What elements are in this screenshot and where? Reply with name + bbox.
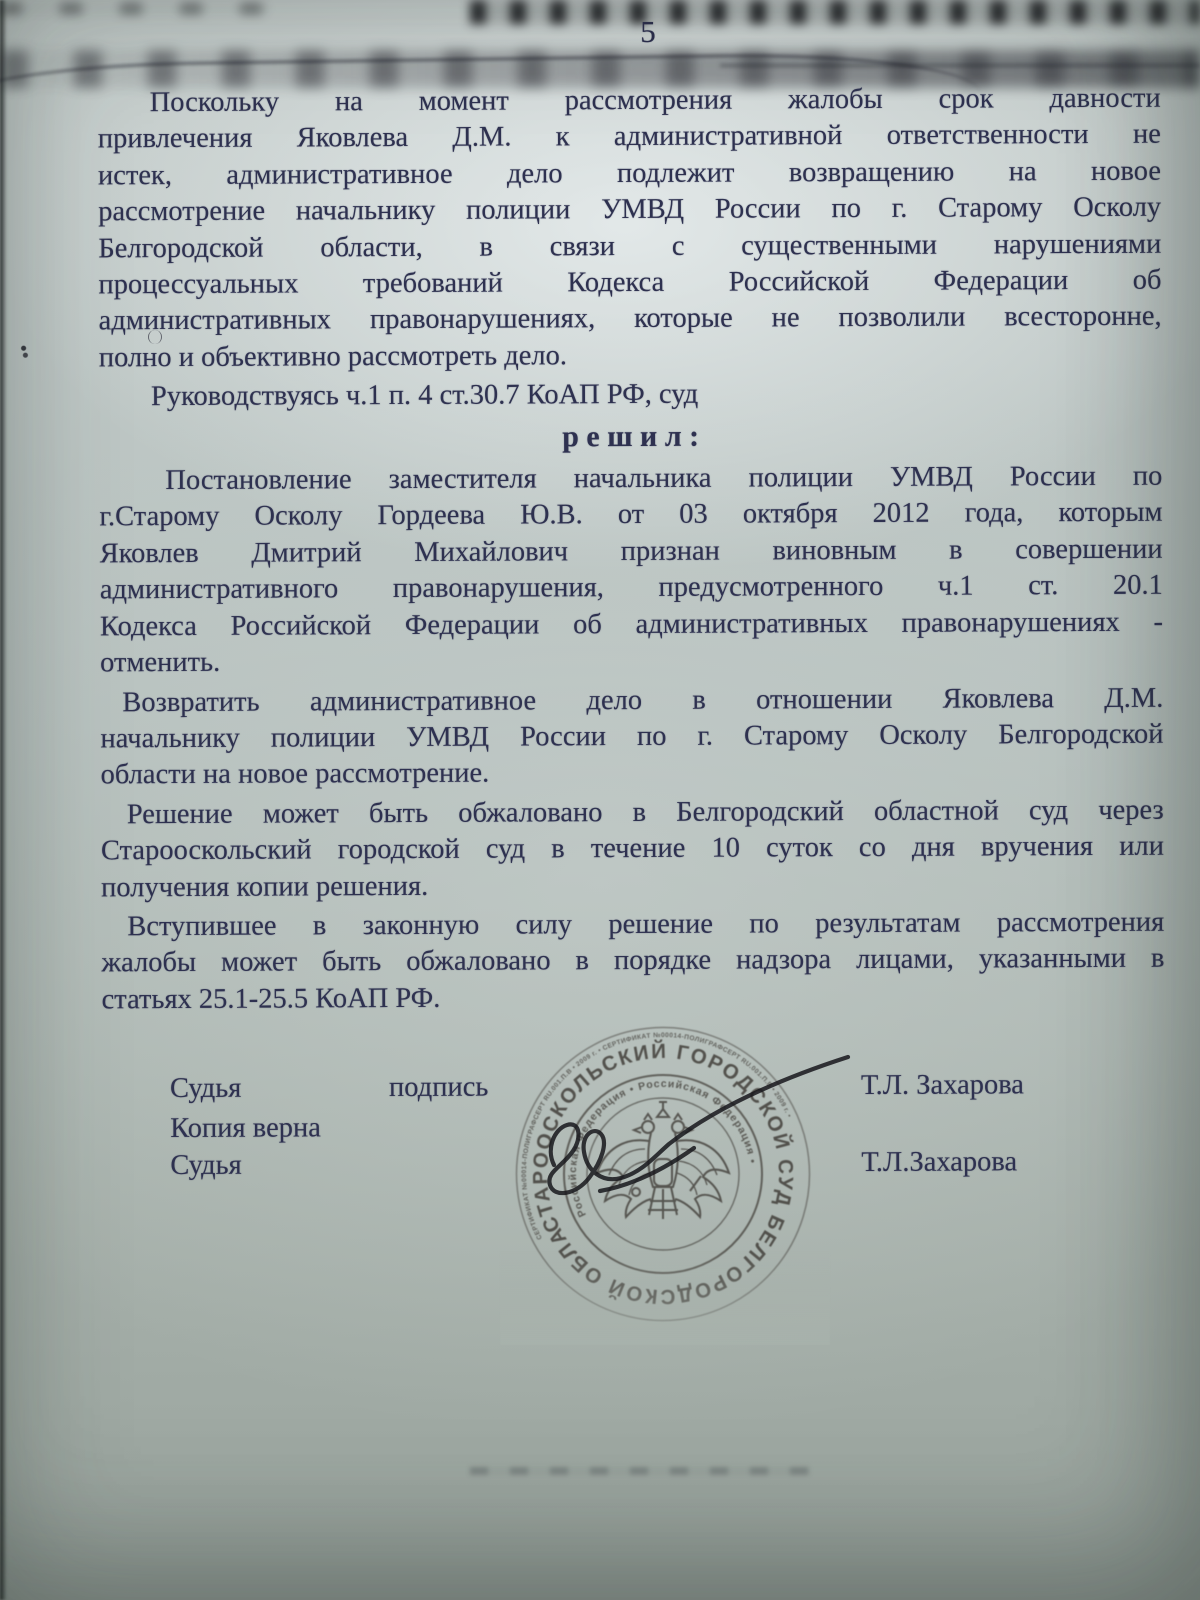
text-line: получения копии решения. xyxy=(101,865,1164,906)
signature-row: Копия верна xyxy=(102,1106,1165,1148)
signature-row: Судья Т.Л.Захарова xyxy=(102,1143,1165,1185)
text-line: начальнику полиции УМВД России по г. Ста… xyxy=(100,717,1163,758)
signature-block: Судья подпись Т.Л. Захарова Копия верна … xyxy=(102,1064,1165,1185)
document-content: Поскольку на момент рассмотрения жалобы … xyxy=(98,81,1166,1185)
scan-artifact-line-right xyxy=(720,64,1200,67)
judge-name: Т.Л. Захарова xyxy=(861,1064,1165,1107)
spacer xyxy=(389,1107,861,1146)
spacer xyxy=(861,1106,1165,1144)
document-body: Поскольку на момент рассмотрения жалобы … xyxy=(98,81,1165,1019)
text-line: Старооскольский городской суд в течение … xyxy=(101,829,1164,870)
judge-label: Судья xyxy=(102,1146,389,1184)
text-line: привлечения Яковлева Д.М. к администрати… xyxy=(98,117,1161,158)
signature-row: Судья подпись Т.Л. Захарова xyxy=(102,1064,1165,1111)
text-line: истек, административное дело подлежит во… xyxy=(98,153,1161,194)
copy-correct-label: Копия верна xyxy=(102,1109,389,1147)
text-line: области на новое рассмотрение. xyxy=(101,753,1164,794)
text-line: Вступившее в законную силу решение по ре… xyxy=(101,905,1164,946)
text-line: рассмотрение начальнику полиции УМВД Рос… xyxy=(98,190,1161,231)
paragraph: Поскольку на момент рассмотрения жалобы … xyxy=(98,81,1162,377)
scan-artifact-left-edge xyxy=(0,0,7,1600)
text-line: Возвратить административное дело в отнош… xyxy=(100,680,1163,721)
signature-placeholder-label: подпись xyxy=(389,1065,861,1109)
scan-artifact-top-left xyxy=(0,2,270,15)
text-line: статьях 25.1-25.5 КоАП РФ. xyxy=(102,977,1165,1018)
paragraph: Постановление заместителя начальника пол… xyxy=(99,459,1163,682)
text-line: Поскольку на момент рассмотрения жалобы … xyxy=(98,81,1161,122)
text-line: административных правонарушениях, которы… xyxy=(99,299,1162,340)
judge-name: Т.Л.Захарова xyxy=(861,1143,1165,1181)
spacer xyxy=(389,1144,861,1183)
text-line: Кодекса Российской Федерации об админист… xyxy=(100,604,1163,645)
scan-artifact-top-right xyxy=(470,0,1200,24)
text-line: административного правонарушения, предус… xyxy=(100,568,1163,609)
scan-artifact-bottom-smudge xyxy=(470,1467,810,1475)
page-number: 5 xyxy=(618,14,678,50)
text-line: жалобы может быть обжаловано в порядке н… xyxy=(101,941,1164,982)
text-line: отменить. xyxy=(100,641,1163,682)
text-line: Руководствуясь ч.1 п. 4 ст.30.7 КоАП РФ,… xyxy=(99,375,1162,416)
text-line: Яковлев Дмитрий Михайлович признан винов… xyxy=(100,532,1163,573)
text-line: Решение может быть обжаловано в Белгород… xyxy=(101,792,1164,833)
text-line: г.Старому Осколу Гордеева Ю.В. от 03 окт… xyxy=(99,495,1162,536)
judge-label: Судья xyxy=(102,1067,389,1110)
paragraph: Возвратить административное дело в отнош… xyxy=(100,680,1163,794)
paragraph: Решение может быть обжаловано в Белгород… xyxy=(101,792,1164,906)
paragraph: Руководствуясь ч.1 п. 4 ст.30.7 КоАП РФ,… xyxy=(99,375,1162,416)
paragraph: Вступившее в законную силу решение по ре… xyxy=(101,905,1164,1019)
text-line: Белгородской области, в связи с существе… xyxy=(98,226,1161,267)
text-line: процессуальных требований Кодекса Россий… xyxy=(98,263,1161,304)
stamp-fade xyxy=(500,1250,830,1345)
ruling-heading: р е ш и л : xyxy=(99,416,1162,457)
text-line: Постановление заместителя начальника пол… xyxy=(99,459,1162,500)
scan-artifact-speck xyxy=(20,344,29,358)
document-page: 5 Поскольку на момент рассмотрения жалоб… xyxy=(0,0,1200,1600)
text-line: полно и объективно рассмотреть дело. xyxy=(99,336,1162,377)
